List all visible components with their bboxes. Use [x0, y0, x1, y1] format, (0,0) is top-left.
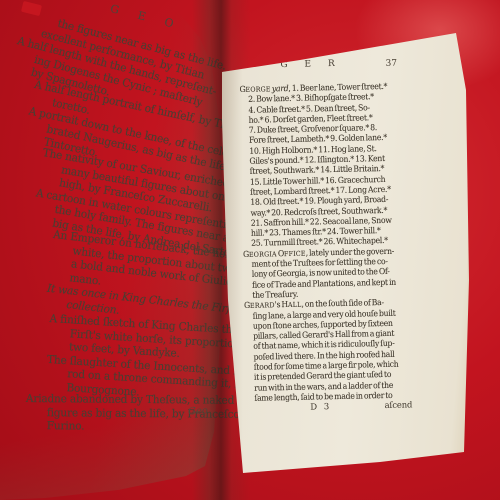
text-line: hill.* 23. Thames ſtr.* 24. Tower hill.*: [243, 225, 390, 238]
text-line: the Treaſury.: [244, 287, 391, 300]
text-segment: 7. Duke ſtreet, Groſvenor ſquare.* 8.: [249, 122, 377, 135]
text-segment: ment of the Truſtees for ſettling the co…: [252, 256, 388, 269]
text-line: 18. Old ſtreet.* 19. Plough yard, Broad-: [242, 194, 389, 207]
text-line: 4. Cable ſtreet.* 5. Dean ſtreet, So-: [240, 102, 387, 115]
text-segment: , on the ſouth ſide of Ba-: [301, 297, 384, 309]
text-segment: poſed lived there. In the high roofed ha…: [253, 349, 394, 362]
text-segment: 4. Cable ſtreet.* 5. Dean ſtreet, So-: [248, 102, 370, 115]
text-segment: G: [243, 249, 249, 259]
text-segment: way.* 20. Redcroſs ſtreet, Southwark.*: [250, 204, 387, 217]
text-line: GEORGIA OFFICE, lately under the govern-: [243, 246, 390, 259]
text-segment: ſtreet, Lombard ſtreet.* 17. Long Acre.*: [250, 184, 391, 197]
text-segment: [271, 83, 272, 93]
text-segment: , lately under the govern-: [306, 246, 395, 258]
text-line: ſing lane, a large and very old houſe bu…: [244, 307, 391, 320]
text-line: poſed lived there. In the high roofed ha…: [245, 349, 392, 362]
right-page: G E R 37 GEORGE yard, 1. Beer lane, Towe…: [215, 25, 477, 485]
text-line: ſtreet, Lombard ſtreet.* 17. Long Acre.*: [242, 184, 389, 197]
signature-line: D 3 aſcend: [246, 401, 404, 415]
text-line: GEORGE yard, 1. Beer lane, Tower ſtreet.…: [239, 81, 386, 94]
text-segment: FFICE: [284, 249, 306, 257]
text-segment: ALL: [288, 301, 302, 309]
right-page-text: G E R 37 GEORGE yard, 1. Beer lane, Towe…: [239, 58, 404, 415]
right-page-lines: GEORGE yard, 1. Beer lane, Tower ſtreet.…: [239, 81, 404, 403]
text-segment: 18. Old ſtreet.* 19. Plough yard, Broad-: [250, 194, 388, 207]
text-segment: 25. Turnmill ſtreet.* 26. Whitechapel.*: [251, 235, 388, 248]
text-line: Giles's pound.* 12. Iſlington.* 13. Kent: [241, 153, 388, 166]
text-segment: ſing lane, a large and very old houſe bu…: [253, 307, 396, 320]
text-line: way.* 20. Redcroſs ſtreet, Southwark.*: [242, 204, 389, 217]
signature-mark: D 3: [310, 402, 331, 412]
catchword: aſcend: [384, 401, 412, 412]
text-segment: EORGE: [245, 85, 270, 94]
text-segment: ho.* 6. Dorſet garden, Fleet ſtreet.*: [248, 112, 372, 125]
text-segment: , 1. Beer lane, Tower ſtreet.*: [288, 81, 387, 93]
text-segment: G: [244, 300, 250, 310]
text-segment: lony of Georgia, is now united to the Of…: [252, 266, 390, 279]
text-line: 25. Turnmill ſtreet.* 26. Whitechapel.*: [243, 235, 390, 248]
text-line: 7. Duke ſtreet, Groſvenor ſquare.* 8.: [240, 122, 387, 135]
text-segment: 21. Saffron hill.* 22. Seacoal lane, Sno…: [251, 215, 392, 228]
text-segment: run with in the wars, and a ladder of th…: [254, 379, 393, 392]
text-segment: 2. Bow lane.* 3. Biſhopſgate ſtreet.*: [248, 91, 374, 104]
text-segment: ſtood for ſome time a large fir pole, wh…: [254, 359, 399, 372]
text-segment: the Treaſury.: [252, 289, 298, 300]
text-line: ſtood for ſome time a large fir pole, wh…: [245, 359, 392, 372]
text-segment: EORGIA: [249, 250, 277, 259]
text-line: ſtreet, Southwark.* 14. Little Britain.*: [241, 163, 388, 176]
text-line: lony of Georgia, is now united to the Of…: [243, 266, 390, 279]
text-line: 10. High Holborn.* 11. Hog lane, St.: [241, 143, 388, 156]
text-line: 21. Saffron hill.* 22. Seacoal lane, Sno…: [242, 215, 389, 228]
text-segment: upon ſtone arches, ſupported by ſixteen: [253, 318, 393, 331]
text-segment: ſtreet, Southwark.* 14. Little Britain.*: [250, 163, 385, 176]
text-segment: of that name, which it is ridiculouſly ſ…: [253, 338, 394, 351]
text-line: run with in the wars, and a ladder of th…: [246, 379, 393, 392]
text-segment: it is pretended Gerard the giant uſed to: [254, 369, 391, 382]
text-line: ho.* 6. Dorſet garden, Fleet ſtreet.*: [240, 112, 387, 125]
text-line: fice of Trade and Plantations, and kept …: [244, 277, 391, 290]
text-line: Fore ſtreet, Lambeth.* 9. Golden lane.*: [241, 132, 388, 145]
text-segment: 's H: [275, 299, 288, 309]
text-segment: G: [239, 84, 245, 94]
text-segment: hill.* 23. Thames ſtr.* 24. Tower hill.*: [251, 225, 381, 238]
text-segment: ERARD: [250, 302, 275, 311]
text-segment: 10. High Holborn.* 11. Hog lane, St.: [249, 143, 377, 156]
text-segment: Giles's pound.* 12. Iſlington.* 13. Kent: [249, 153, 385, 166]
page-number: 37: [386, 59, 398, 69]
text-segment: O: [277, 248, 285, 258]
text-line: pillars, called Gerard's Hall from a gia…: [245, 328, 392, 341]
text-line: ſame length, ſaid to be made in order to: [246, 390, 393, 403]
text-line: of that name, which it is ridiculouſly ſ…: [245, 338, 392, 351]
text-segment: pillars, called Gerard's Hall from a gia…: [253, 328, 394, 341]
text-line: upon ſtone arches, ſupported by ſixteen: [244, 318, 391, 331]
text-line: 2. Bow lane.* 3. Biſhopſgate ſtreet.*: [240, 91, 387, 104]
open-book-photo: G E O the figures near as big as the lif…: [0, 0, 500, 500]
text-segment: 15. Little Tower hill.* 16. Gracechurch: [250, 174, 386, 187]
text-line: ment of the Truſtees for ſettling the co…: [243, 256, 390, 269]
text-segment: yard: [272, 83, 289, 93]
text-segment: Fore ſtreet, Lambeth.* 9. Golden lane.*: [249, 132, 387, 145]
text-line: it is pretended Gerard the giant uſed to: [246, 369, 393, 382]
text-line: 15. Little Tower hill.* 16. Gracechurch: [241, 174, 388, 187]
text-segment: ſame length, ſaid to be made in order to: [254, 390, 392, 403]
text-segment: fice of Trade and Plantations, and kept …: [252, 276, 396, 289]
text-line: GERARD's HALL, on the ſouth ſide of Ba-: [244, 297, 391, 310]
